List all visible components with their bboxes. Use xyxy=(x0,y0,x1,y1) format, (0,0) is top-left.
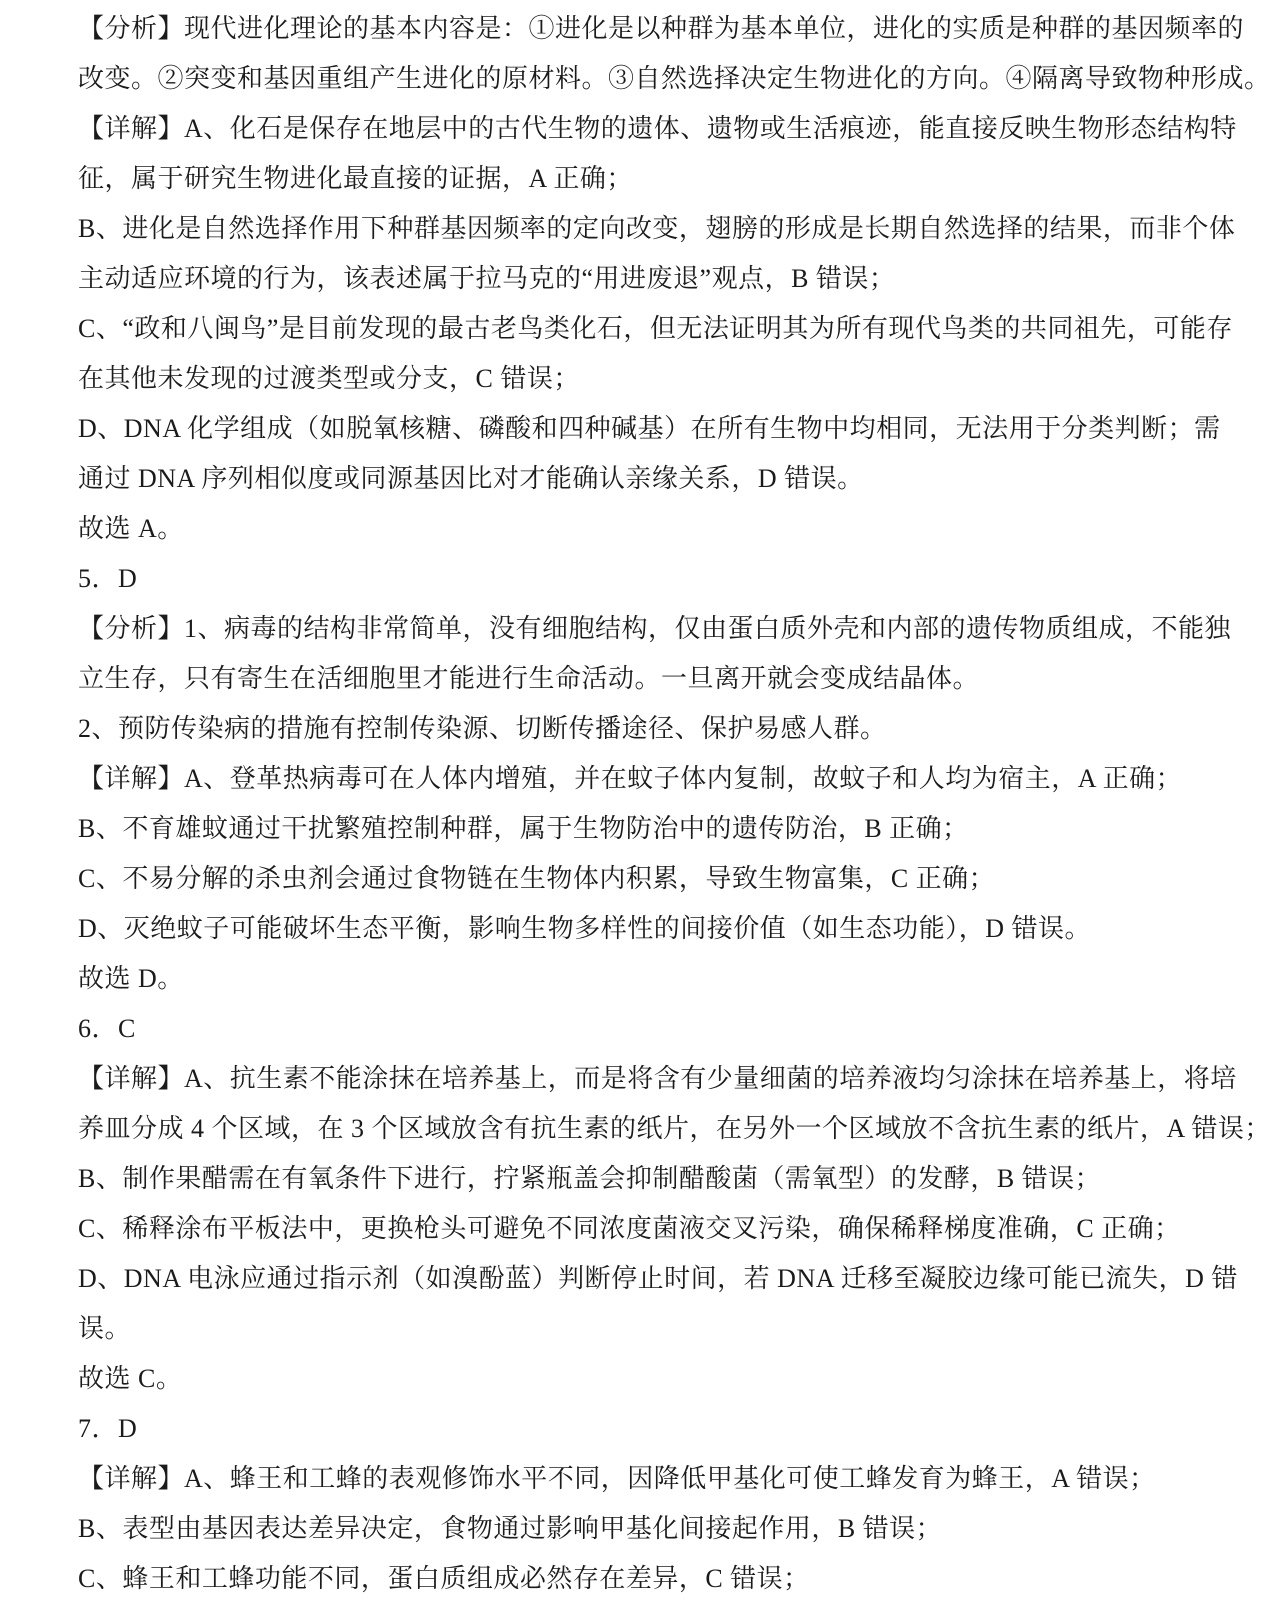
text-line: C、“政和八闽鸟”是目前发现的最古老鸟类化石，但无法证明其为所有现代鸟类的共同祖… xyxy=(78,304,1203,354)
answer-explanations-text: 【分析】现代进化理论的基本内容是：①进化是以种群为基本单位，进化的实质是种群的基… xyxy=(78,4,1203,1604)
text-line: 征，属于研究生物进化最直接的证据，A 正确； xyxy=(78,154,1203,204)
text-line: 在其他未发现的过渡类型或分支，C 错误； xyxy=(78,354,1203,404)
text-line: D、DNA 化学组成（如脱氧核糖、磷酸和四种碱基）在所有生物中均相同，无法用于分… xyxy=(78,404,1203,454)
text-line: 6．C xyxy=(78,1004,1203,1054)
text-line: C、蜂王和工蜂功能不同，蛋白质组成必然存在差异，C 错误； xyxy=(78,1554,1203,1604)
text-line: B、制作果醋需在有氧条件下进行，拧紧瓶盖会抑制醋酸菌（需氧型）的发酵，B 错误； xyxy=(78,1154,1203,1204)
text-line: 改变。②突变和基因重组产生进化的原材料。③自然选择决定生物进化的方向。④隔离导致… xyxy=(78,54,1203,104)
text-line: 养皿分成 4 个区域，在 3 个区域放含有抗生素的纸片，在另外一个区域放不含抗生… xyxy=(78,1104,1203,1154)
text-line: 通过 DNA 序列相似度或同源基因比对才能确认亲缘关系，D 错误。 xyxy=(78,454,1203,504)
text-line: D、DNA 电泳应通过指示剂（如溴酚蓝）判断停止时间，若 DNA 迁移至凝胶边缘… xyxy=(78,1254,1203,1304)
text-line: B、不育雄蚊通过干扰繁殖控制种群，属于生物防治中的遗传防治，B 正确； xyxy=(78,804,1203,854)
text-line: B、进化是自然选择作用下种群基因频率的定向改变，翅膀的形成是长期自然选择的结果，… xyxy=(78,204,1203,254)
text-line: C、稀释涂布平板法中，更换枪头可避免不同浓度菌液交叉污染，确保稀释梯度准确，C … xyxy=(78,1204,1203,1254)
text-line: 【分析】1、病毒的结构非常简单，没有细胞结构，仅由蛋白质外壳和内部的遗传物质组成… xyxy=(78,604,1203,654)
text-line: 【详解】A、登革热病毒可在人体内增殖，并在蚊子体内复制，故蚊子和人均为宿主，A … xyxy=(78,754,1203,804)
text-line: 故选 A。 xyxy=(78,504,1203,554)
text-line: 【详解】A、化石是保存在地层中的古代生物的遗体、遗物或生活痕迹，能直接反映生物形… xyxy=(78,104,1203,154)
text-line: 【分析】现代进化理论的基本内容是：①进化是以种群为基本单位，进化的实质是种群的基… xyxy=(78,4,1203,54)
text-line: B、表型由基因表达差异决定，食物通过影响甲基化间接起作用，B 错误； xyxy=(78,1504,1203,1554)
text-line: 立生存，只有寄生在活细胞里才能进行生命活动。一旦离开就会变成结晶体。 xyxy=(78,654,1203,704)
text-line: D、灭绝蚊子可能破坏生态平衡，影响生物多样性的间接价值（如生态功能），D 错误。 xyxy=(78,904,1203,954)
text-line: 【详解】A、蜂王和工蜂的表观修饰水平不同，因降低甲基化可使工蜂发育为蜂王，A 错… xyxy=(78,1454,1203,1504)
document-page: 【分析】现代进化理论的基本内容是：①进化是以种群为基本单位，进化的实质是种群的基… xyxy=(0,0,1279,1604)
text-line: 7．D xyxy=(78,1404,1203,1454)
text-line: 主动适应环境的行为，该表述属于拉马克的“用进废退”观点，B 错误； xyxy=(78,254,1203,304)
text-line: 2、预防传染病的措施有控制传染源、切断传播途径、保护易感人群。 xyxy=(78,704,1203,754)
text-line: 5．D xyxy=(78,554,1203,604)
text-line: C、不易分解的杀虫剂会通过食物链在生物体内积累，导致生物富集，C 正确； xyxy=(78,854,1203,904)
text-line: 【详解】A、抗生素不能涂抹在培养基上，而是将含有少量细菌的培养液均匀涂抹在培养基… xyxy=(78,1054,1203,1104)
text-line: 故选 C。 xyxy=(78,1354,1203,1404)
text-line: 误。 xyxy=(78,1304,1203,1354)
text-line: 故选 D。 xyxy=(78,954,1203,1004)
